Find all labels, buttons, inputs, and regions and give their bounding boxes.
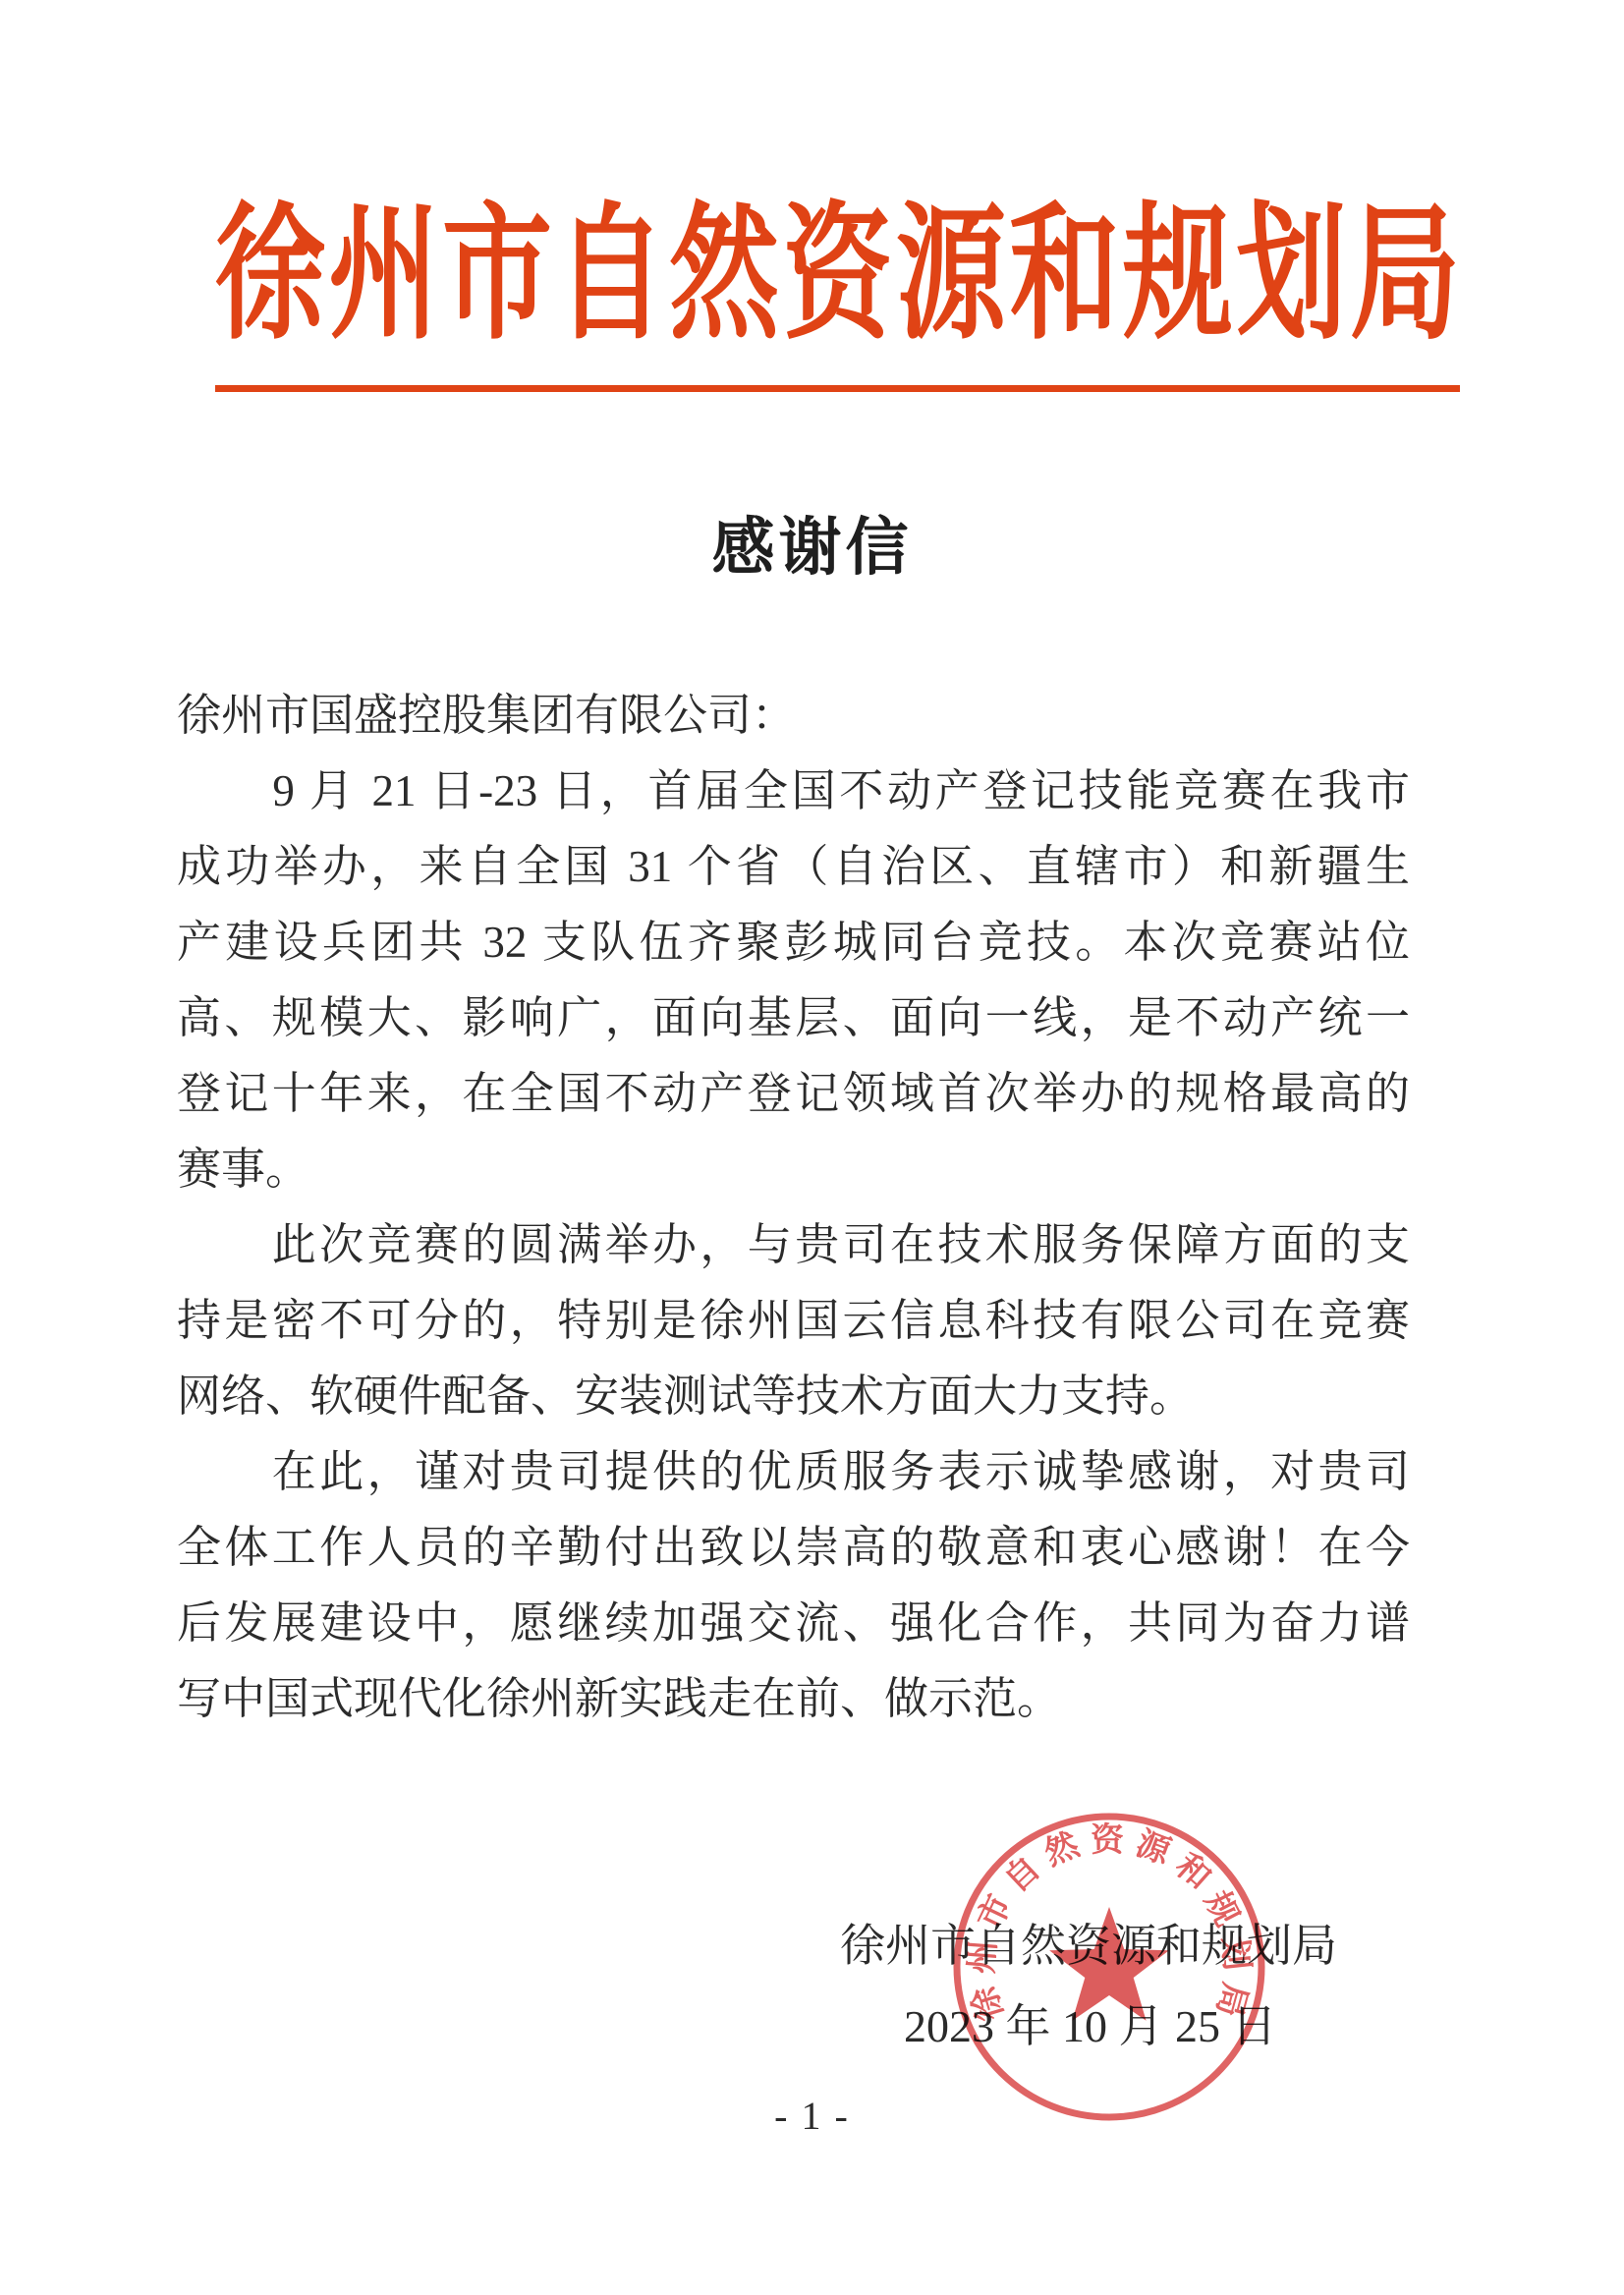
body-line: 高、规模大、影响广，面向基层、面向一线，是不动产统一 — [177, 980, 1410, 1056]
body-line: 9 月 21 日-23 日，首届全国不动产登记技能竞赛在我市 — [177, 754, 1410, 829]
body-line: 后发展建设中，愿继续加强交流、强化合作，共同为奋力谱 — [177, 1586, 1410, 1661]
body-line: 此次竞赛的圆满举办，与贵司在技术服务保障方面的支 — [177, 1207, 1410, 1283]
body-line: 写中国式现代化徐州新实践走在前、做示范。 — [177, 1661, 1410, 1737]
body-line: 网络、软硬件配备、安装测试等技术方面大力支持。 — [177, 1359, 1410, 1434]
body-line: 赛事。 — [177, 1132, 1410, 1207]
letter-page: 徐州市自然资源和规划局 感谢信 徐州市国盛控股集团有限公司： 9 月 21 日-… — [0, 0, 1624, 2295]
recipient-line: 徐州市国盛控股集团有限公司： — [177, 678, 1410, 754]
letter-title: 感谢信 — [0, 497, 1624, 588]
body-line: 在此，谨对贵司提供的优质服务表示诚挚感谢，对贵司 — [177, 1434, 1410, 1510]
page-number: - 1 - — [0, 2093, 1624, 2139]
signature-date: 2023 年 10 月 25 日 — [904, 1990, 1277, 2055]
body-line: 登记十年来，在全国不动产登记领域首次举办的规格最高的 — [177, 1056, 1410, 1132]
letterhead-org-name: 徐州市自然资源和规划局 — [215, 202, 1460, 350]
body-line: 全体工作人员的辛勤付出致以崇高的敬意和衷心感谢！在今 — [177, 1510, 1410, 1586]
body-line: 成功举办，来自全国 31 个省（自治区、直辖市）和新疆生 — [177, 829, 1410, 905]
letter-body: 徐州市国盛控股集团有限公司： 9 月 21 日-23 日，首届全国不动产登记技能… — [177, 678, 1410, 1737]
body-line: 产建设兵团共 32 支队伍齐聚彭城同台竞技。本次竞赛站位 — [177, 905, 1410, 980]
body-line: 持是密不可分的，特别是徐州国云信息科技有限公司在竞赛 — [177, 1283, 1410, 1359]
letterhead-divider — [215, 385, 1460, 392]
signature-org: 徐州市自然资源和规划局 — [840, 1910, 1337, 1975]
